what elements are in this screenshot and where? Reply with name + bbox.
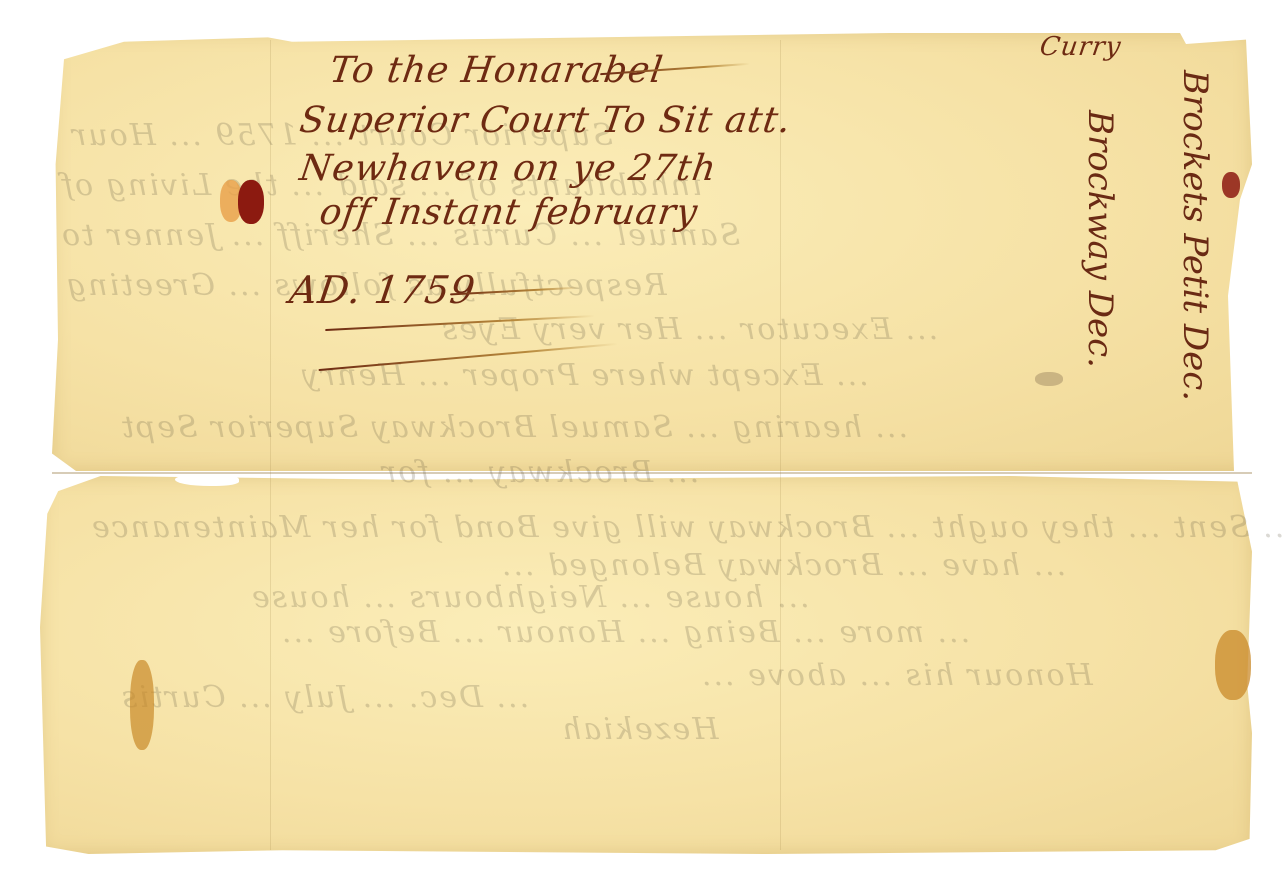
- bleed-through-line: Hezekiah: [560, 712, 718, 747]
- bleed-through-line: ... more ... Being ... Honour ... Before…: [280, 615, 970, 650]
- address-line-1: To the Honarabel: [327, 50, 666, 91]
- bleed-through-line: Honour his ... above ...: [700, 658, 1093, 693]
- wax-seal-fragment: [1222, 172, 1240, 198]
- fold-line: [780, 40, 781, 850]
- address-line-3: Newhaven on ye 27th: [297, 148, 719, 189]
- date-line: AD. 1759: [287, 268, 479, 312]
- ink-smudge: [1035, 372, 1063, 386]
- address-line-4: off Instant february: [317, 192, 701, 233]
- bleed-through-line: ... hearing ... Samuel Brockway Superior…: [120, 410, 908, 445]
- bleed-through-line: ... house ... Neighbours ... house: [250, 580, 810, 615]
- bleed-through-line: ... Sent ... they ought ... Brockway wil…: [90, 510, 1288, 545]
- docket-vertical-1: Brockets Petit Dec.: [1175, 70, 1215, 401]
- bleed-through-line: ... Brockway ... for: [380, 455, 699, 490]
- docket-vertical-2: Brockway Dec.: [1080, 110, 1120, 368]
- stain: [130, 660, 154, 750]
- bleed-through-line: ... have ... Brockway Belonged ...: [500, 548, 1066, 583]
- wax-seal-fragment: [238, 180, 264, 224]
- bleed-through-line: ... Executor ... Her very Eyes: [440, 312, 938, 347]
- address-line-2: Superior Court To Sit att.: [297, 100, 794, 141]
- bleed-through-line: ... Dec. ... July ... Curtis: [120, 680, 529, 715]
- fold-line: [270, 40, 271, 850]
- scanned-document: Superior Court ... 1759 ... Hour inhabit…: [0, 0, 1288, 893]
- corner-note: Curry: [1038, 32, 1123, 62]
- stain: [1215, 630, 1251, 700]
